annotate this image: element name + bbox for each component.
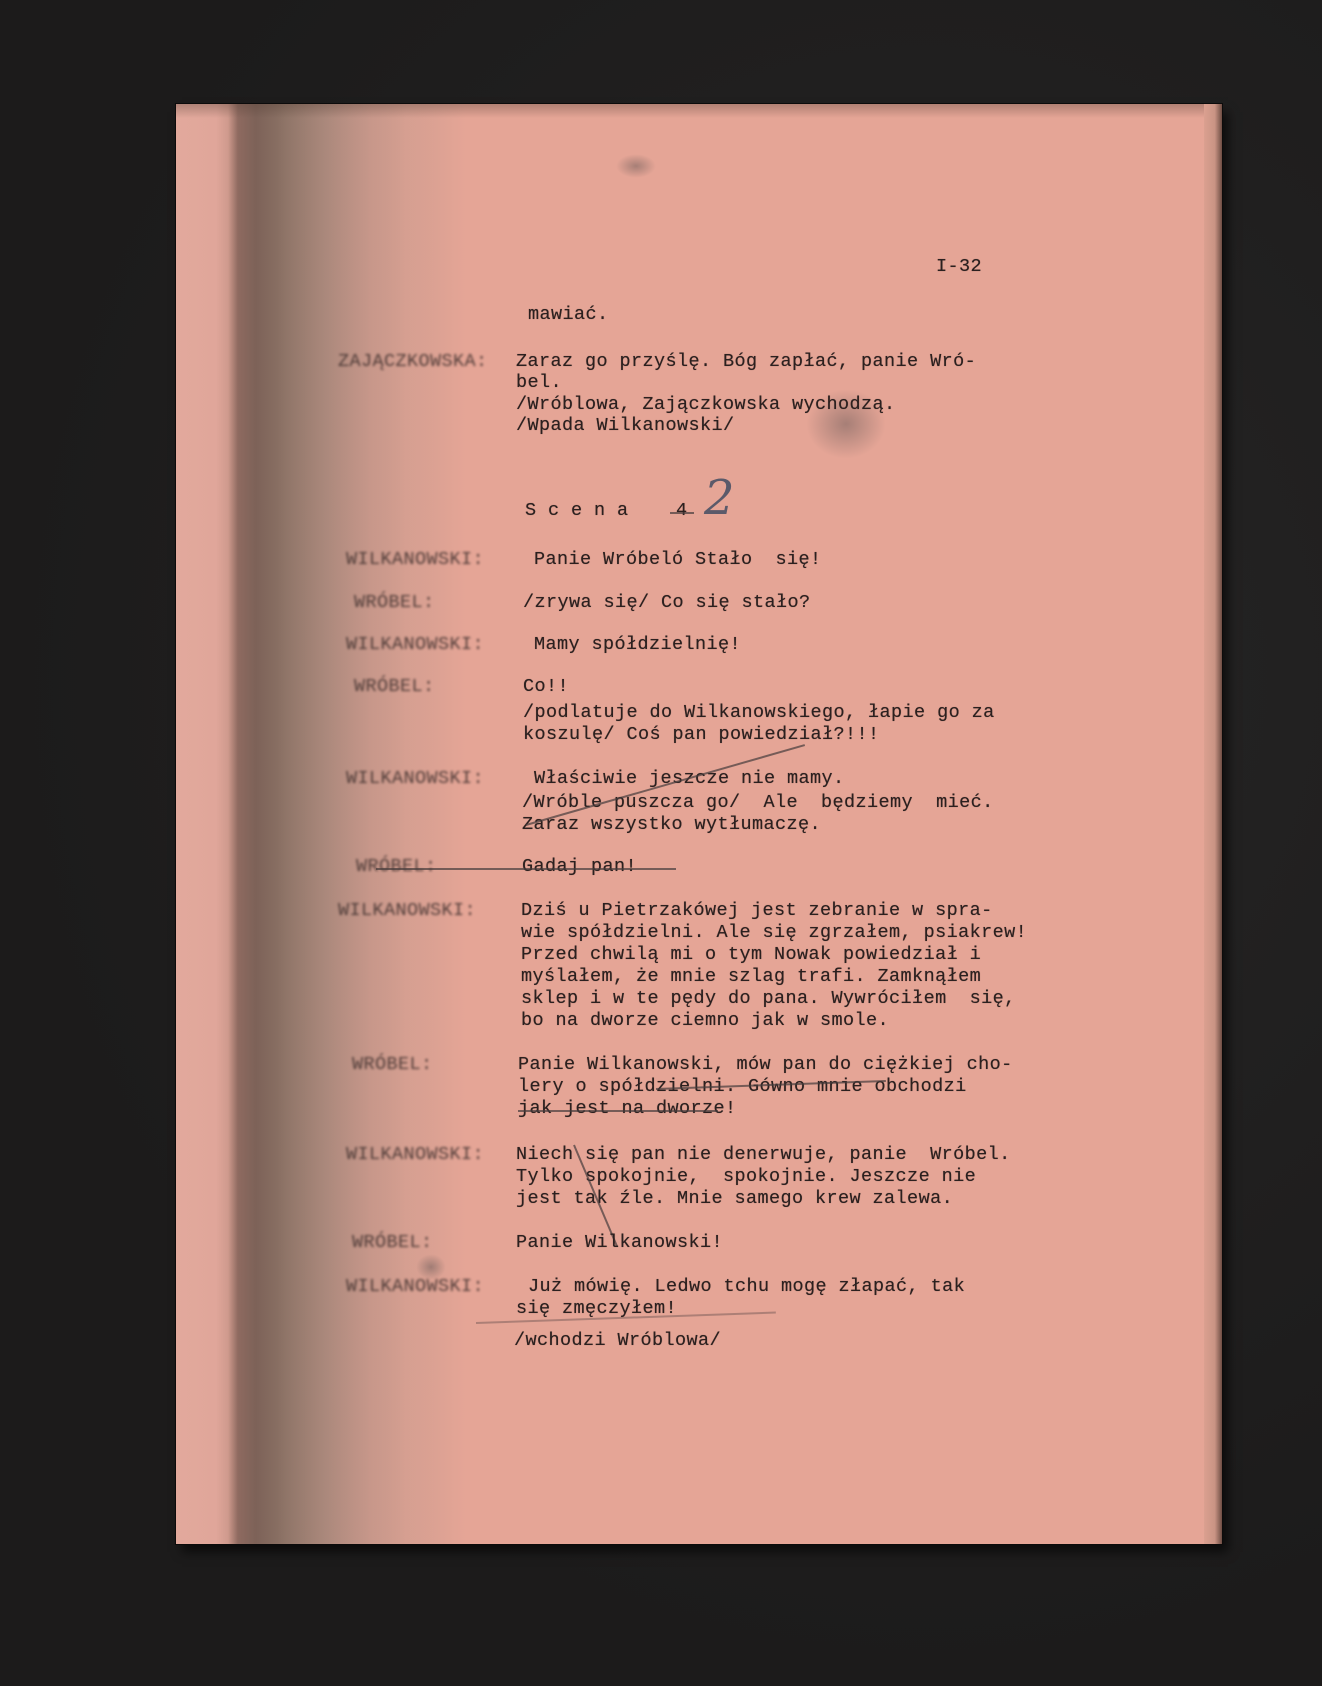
speaker-label: WILKANOWSKI: xyxy=(346,1144,484,1165)
dialogue-line: Niech się pan nie denerwuje, panie Wróbe… xyxy=(516,1144,1011,1165)
dialogue-line: myślałem, że mnie szlag trafi. Zamknąłem xyxy=(521,966,981,987)
dialogue-line: Już mówię. Ledwo tchu mogę złapać, tak xyxy=(528,1276,965,1297)
dialogue-line: Zaraz go przyślę. Bóg zapłać, panie Wró- xyxy=(516,351,976,372)
pencil-stroke xyxy=(518,1110,718,1112)
dialogue-line: Co!! xyxy=(523,676,569,697)
stage-direction: /Wróble puszcza go/ Ale będziemy mieć. xyxy=(522,792,994,813)
scene-number-struck: 4 xyxy=(676,500,688,521)
speaker-label: WILKANOWSKI: xyxy=(346,1276,484,1297)
gutter-highlight xyxy=(276,104,436,1544)
speaker-label: WILKANOWSKI: xyxy=(346,634,484,655)
scan-background: I-32 mawiać. ZAJĄCZKOWSKA: Zaraz go przy… xyxy=(0,0,1322,1686)
speaker-label: WRÓBEL: xyxy=(354,592,435,613)
page-number: I-32 xyxy=(936,256,982,277)
strikethrough-mark xyxy=(376,868,676,870)
strikethrough-mark xyxy=(670,512,694,514)
typescript-page: I-32 mawiać. ZAJĄCZKOWSKA: Zaraz go przy… xyxy=(176,104,1222,1544)
dialogue-line: Panie Wróbeló Stało się! xyxy=(534,549,822,570)
page-edge xyxy=(1204,104,1222,1544)
carryover-line: mawiać. xyxy=(528,304,609,325)
stage-direction: /Wpada Wilkanowski/ xyxy=(516,415,735,436)
speaker-label: WILKANOWSKI: xyxy=(346,549,484,570)
dialogue-line: Panie Wilkanowski, mów pan do ciężkiej c… xyxy=(518,1054,1013,1075)
dialogue-line: sklep i w te pędy do pana. Wywróciłem si… xyxy=(521,988,1016,1009)
dialogue-line: Przed chwilą mi o tym Nowak powiedział i xyxy=(521,944,981,965)
dialogue-line: wie spółdzielni. Ale się zgrzałem, psiak… xyxy=(521,922,1027,943)
speaker-label: WILKANOWSKI: xyxy=(346,768,484,789)
stage-direction: /Wróblowa, Zajączkowska wychodzą. xyxy=(516,394,896,415)
dialogue-line: Zaraz wszystko wytłumaczę. xyxy=(522,814,821,835)
dialogue-line: Gadaj pan! xyxy=(522,856,637,877)
ink-smudge xyxy=(616,154,656,178)
stage-direction: /wchodzi Wróblowa/ xyxy=(514,1330,721,1351)
top-edge-shadow xyxy=(176,104,1222,118)
dialogue-line: /zrywa się/ Co się stało? xyxy=(523,592,811,613)
dialogue-line: jest tak źle. Mnie samego krew zalewa. xyxy=(516,1188,953,1209)
speaker-label: WRÓBEL: xyxy=(352,1232,433,1253)
speaker-label: WRÓBEL: xyxy=(352,1054,433,1075)
speaker-label: ZAJĄCZKOWSKA: xyxy=(338,351,488,372)
dialogue-line: bel. xyxy=(516,372,562,393)
handwritten-scene-number: 2 xyxy=(704,470,735,526)
stage-direction: /podlatuje do Wilkanowskiego, łapie go z… xyxy=(523,702,995,723)
speaker-label: WRÓBEL: xyxy=(354,676,435,697)
dialogue-line: koszulę/ Coś pan powiedział?!!! xyxy=(523,724,880,745)
dialogue-line: bo na dworze ciemno jak w smole. xyxy=(521,1010,889,1031)
dialogue-line: Mamy spółdzielnię! xyxy=(534,634,741,655)
dialogue-line: Dziś u Pietrzakówej jest zebranie w spra… xyxy=(521,900,993,921)
scene-heading: S c e n a xyxy=(525,500,629,521)
dialogue-line: jak jest na dworze! xyxy=(518,1098,737,1119)
speaker-label: WRÓBEL: xyxy=(356,856,437,877)
speaker-label: WILKANOWSKI: xyxy=(338,900,476,921)
dialogue-line: Panie Wilkanowski! xyxy=(516,1232,723,1253)
